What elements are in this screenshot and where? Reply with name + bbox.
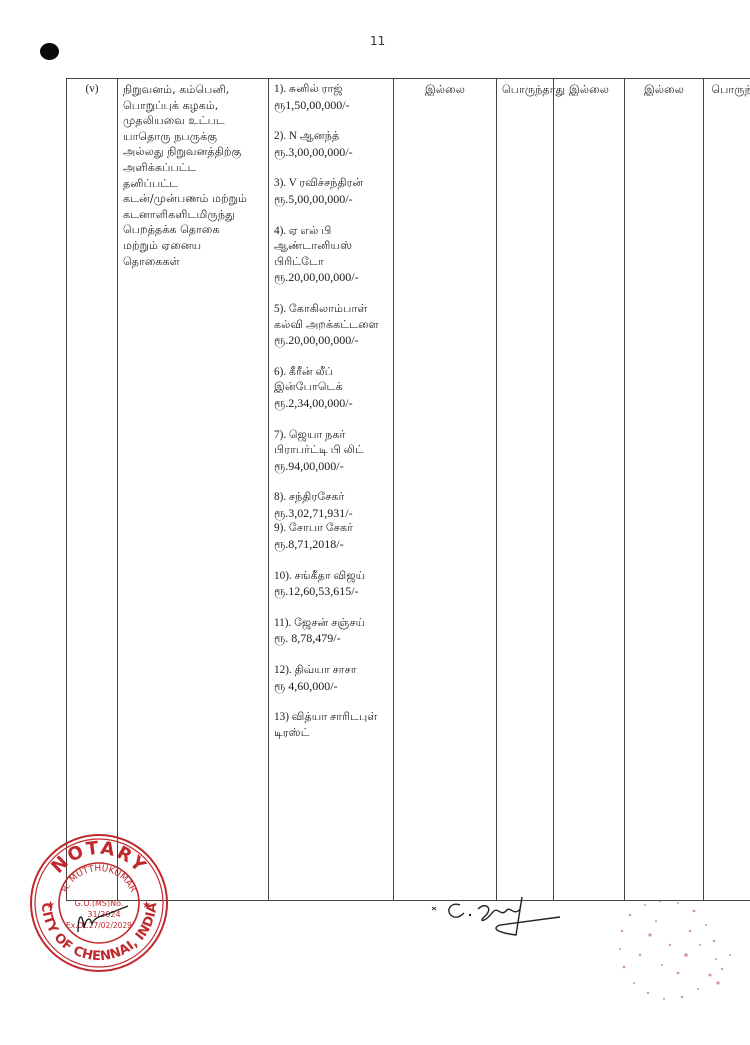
list-item: 11). ஜேசன் சஞ்சய் ரூ. 8,78,479/- (274, 616, 388, 647)
list-item: 13) வித்யா சாரிடபுள் டிரஸ்ட் (274, 710, 388, 741)
entry-name: 12). திவ்யா சாசா (274, 663, 388, 679)
stamp-order: G.O.(MS)No. (75, 899, 124, 908)
list-item: 5). கோகிலாம்பாள் கல்வி அறக்கட்டளை ரூ.20,… (274, 302, 388, 349)
column-e-cell: பொருந்தாது (704, 79, 750, 901)
list-item: 8). சந்திரசேகர் ரூ.3,02,71,931/- (274, 490, 388, 521)
punch-hole-mark (40, 43, 59, 60)
description-line: முதலியவை உட்பட (123, 113, 263, 129)
column-c-cell: இல்லை (554, 79, 625, 901)
star-icon: ★ (46, 900, 55, 911)
description-cell: நிறுவனம், கம்பெனி, பொறுப்புக் கழகம், முத… (118, 79, 269, 901)
entry-name: 3). V ரவிச்சந்திரன் (274, 176, 388, 192)
list-item: 9). சோபா சேகர் ரூ.8,71,2018/- (274, 521, 388, 552)
table-row: (v) நிறுவனம், கம்பெனி, பொறுப்புக் கழகம்,… (67, 79, 750, 901)
list-item: 1). சுனில் ராஜ் ரூ1,50,00,000/- (274, 82, 388, 113)
faded-seal-stamp (590, 875, 740, 1025)
description-line: யாதொரு நபருக்கு (123, 129, 263, 145)
list-item: 2). N ஆனந்த் ரூ.3,00,00,000/- (274, 129, 388, 160)
entry-amount: ரூ.5,00,00,000/- (274, 192, 388, 208)
entry-amount: ரூ.94,00,000/- (274, 459, 388, 475)
entry-name: 7). ஜெயா நகர் பிராபர்ட்டி பி லிட் (274, 428, 388, 459)
list-item: 10). சங்கீதா விஜய் ரூ.12,60,53,615/- (274, 569, 388, 600)
description-line: அளிக்கப்பட்ட (123, 160, 263, 176)
column-b-cell: பொருந்தாது (497, 79, 554, 901)
entry-name: 11). ஜேசன் சஞ்சய் (274, 616, 388, 632)
entry-amount: ரூ1,50,00,000/- (274, 98, 388, 114)
description-line: தொகைகள் (123, 254, 263, 270)
star-icon: ★ (142, 900, 151, 911)
entry-amount: ரூ.20,00,00,000/- (274, 333, 388, 349)
description-line: பெறத்தக்க தொகை (123, 222, 263, 238)
entry-name: 6). கீரீன் லீப் இன்போடெக் (274, 365, 388, 396)
entry-name: 9). சோபா சேகர் (274, 521, 388, 537)
entry-amount: ரூ.20,00,00,000/- (274, 270, 388, 286)
entry-amount: ரூ 4,60,000/- (274, 679, 388, 695)
description-line: தனிப்பட்ட (123, 176, 263, 192)
entry-name: 4). ஏ எல் பி ஆண்டானியஸ் பிரிட்டோ (274, 224, 388, 271)
entry-amount: ரூ.8,71,2018/- (274, 537, 388, 553)
creditor-list-cell: 1). சுனில் ராஜ் ரூ1,50,00,000/- 2). N ஆன… (269, 79, 394, 901)
page-number: 11 (370, 34, 385, 48)
disclosure-table: (v) நிறுவனம், கம்பெனி, பொறுப்புக் கழகம்,… (66, 78, 750, 901)
entry-amount: ரூ.2,34,00,000/- (274, 396, 388, 412)
entry-amount: ரூ. 8,78,479/- (274, 631, 388, 647)
entry-name: 2). N ஆனந்த் (274, 129, 388, 145)
description-line: மற்றும் ஏனைய (123, 238, 263, 254)
entry-name: 1). சுனில் ராஜ் (274, 82, 388, 98)
entry-amount: ரூ.3,00,00,000/- (274, 145, 388, 161)
list-item: 12). திவ்யா சாசா ரூ 4,60,000/- (274, 663, 388, 694)
description-line: பொறுப்புக் கழகம், (123, 98, 263, 114)
column-a-cell: இல்லை (394, 79, 497, 901)
list-item: 4). ஏ எல் பி ஆண்டானியஸ் பிரிட்டோ ரூ.20,0… (274, 224, 388, 286)
entry-name: 5). கோகிலாம்பாள் கல்வி அறக்கட்டளை (274, 302, 388, 333)
entry-amount: ரூ.12,60,53,615/- (274, 584, 388, 600)
notary-stamp: NOTARY CITY OF CHENNAI, INDIA R. MUTTHUK… (28, 832, 170, 974)
list-item: 3). V ரவிச்சந்திரன் ரூ.5,00,00,000/- (274, 176, 388, 207)
description-line: கடன்/முன்பணம் மற்றும் (123, 191, 263, 207)
description-line: நிறுவனம், கம்பெனி, (123, 82, 263, 98)
svg-text:R. MUTTHUKUMAR: R. MUTTHUKUMAR (60, 864, 138, 894)
list-item: 7). ஜெயா நகர் பிராபர்ட்டி பி லிட் ரூ.94,… (274, 428, 388, 475)
stamp-expiry: Ex.Dt.27/02/2029 (66, 921, 132, 930)
entry-amount: ரூ.3,02,71,931/- (274, 506, 388, 522)
serial-cell: (v) (67, 79, 118, 901)
entry-name: 10). சங்கீதா விஜய் (274, 569, 388, 585)
entry-name: 13) வித்யா சாரிடபுள் டிரஸ்ட் (274, 710, 388, 741)
description-line: கடனாளிகளிடமிருந்து (123, 207, 263, 223)
stamp-name: R. MUTTHUKUMAR (60, 864, 138, 894)
signature: C. ஜய (430, 895, 590, 945)
list-item: 6). கீரீன் லீப் இன்போடெக் ரூ.2,34,00,000… (274, 365, 388, 412)
description-line: அல்லது நிறுவனத்திற்கு (123, 144, 263, 160)
entry-name: 8). சந்திரசேகர் (274, 490, 388, 506)
column-d-cell: இல்லை (625, 79, 704, 901)
